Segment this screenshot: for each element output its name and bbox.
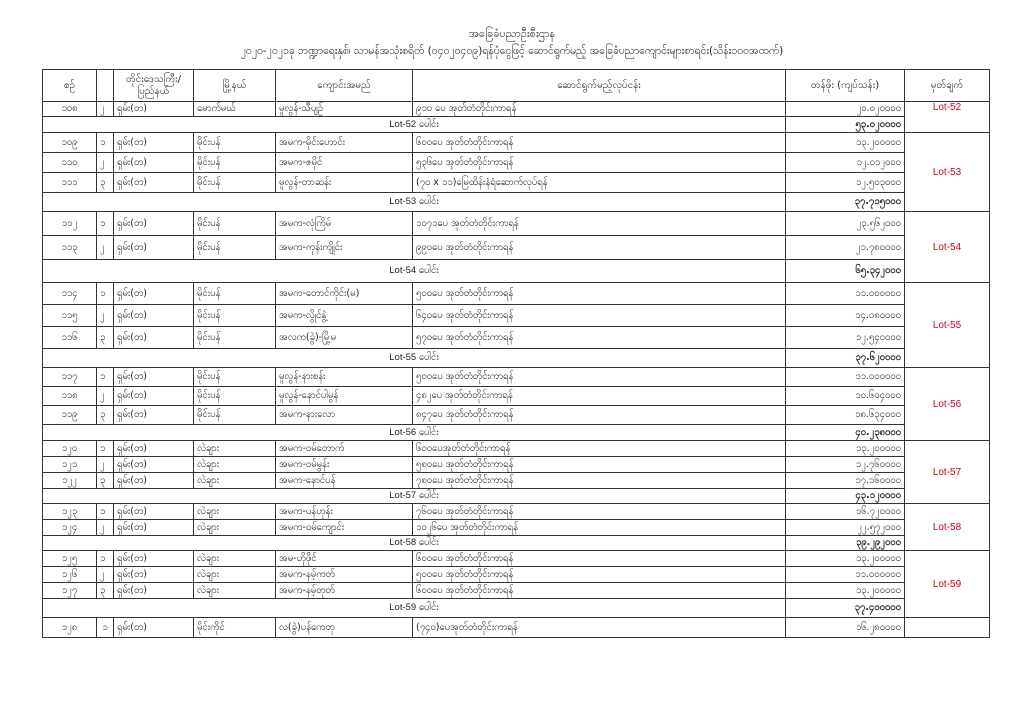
row-work: ၅၀၀ပေ အုတ်တံတိုင်းကာရန် bbox=[413, 368, 786, 387]
table-row: ၁၀၉၁ရှမ်း(တ)မိုင်းပန်အမက-မိုင်းဟောင်း၆၀၀… bbox=[43, 133, 990, 153]
lot-total-label: Lot-59 ပေါင်း bbox=[43, 599, 786, 618]
row-township: မိုင်းပန် bbox=[194, 406, 276, 425]
table-row: ၁၂၇၃ရှမ်း(တ)လဲချားအမက-နမ့်တုတ်၆၀၀ပေ အုတ်… bbox=[43, 583, 990, 599]
lot-total-label: Lot-58 ပေါင်း bbox=[43, 536, 786, 551]
row-work: ၁၀၇၁ပေ အုတ်တံတိုင်းကာရန် bbox=[413, 212, 786, 236]
row-work: ၇၆၀ပေ အုတ်တံတိုင်းကာရန် bbox=[413, 504, 786, 520]
row-no: ၁၁၀ bbox=[43, 153, 97, 173]
row-region: ရှမ်း(တ) bbox=[114, 618, 194, 638]
table-row: ၁၀၈၂ရှမ်း(တ)မောက်မယ်မူလွန်-သီပျဉ်၉၁၀ ပေ … bbox=[43, 102, 990, 117]
lot-total-label: Lot-54 ပေါင်း bbox=[43, 260, 786, 283]
row-work: ၅၈၀ပေ အုတ်တံတိုင်းကာရန် bbox=[413, 457, 786, 473]
row-no: ၁၂၃ bbox=[43, 504, 97, 520]
table-row: ၁၂၆၂ရှမ်း(တ)လဲချားအမက-နမ့်ကတ်၅၀၀ပေ အုတ်တ… bbox=[43, 567, 990, 583]
table-row: ၁၂၃၁ရှမ်း(တ)လဲချားအမက-ပန်ဟုန်း၇၆၀ပေ အုတ်… bbox=[43, 504, 990, 520]
lot-total-value: ၅၃.၀၂၀၀၀၀ bbox=[786, 117, 905, 133]
lot-total-row: Lot-56 ပေါင်း၄၀.၂၃၈၀၀၀ bbox=[43, 425, 990, 441]
lot-total-value: ၄၀.၂၃၈၀၀၀ bbox=[786, 425, 905, 441]
table-row: ၁၁၆၃ရှမ်း(တ)မိုင်းပန်အလက(ခွဲ)-မြို့မ၅၇၀ပ… bbox=[43, 327, 990, 349]
lot-total-value: ၃၇.၆၂၀၀၀၀ bbox=[786, 349, 905, 368]
row-no: ၁၁၆ bbox=[43, 327, 97, 349]
lot-total-row: Lot-53 ပေါင်း၃၇.၇၁၅၀၀၀ bbox=[43, 193, 990, 212]
row-no: ၁၁၅ bbox=[43, 305, 97, 327]
row-school: အမက-လုံကြိမ် bbox=[276, 212, 413, 236]
row-no: ၁၁၉ bbox=[43, 406, 97, 425]
row-township: မိုင်းကိုင် bbox=[194, 618, 276, 638]
row-region: ရှမ်း(တ) bbox=[114, 368, 194, 387]
lot-total-label: Lot-53 ပေါင်း bbox=[43, 193, 786, 212]
row-township: မောက်မယ် bbox=[194, 102, 276, 117]
row-work: ၆၄၀ပေ အုတ်တံတိုင်းကာရန် bbox=[413, 305, 786, 327]
row-sub-no: ၂ bbox=[97, 236, 114, 260]
lot-remark: Lot-57 bbox=[905, 441, 990, 504]
table-row: ၁၂၅၁ရှမ်း(တ)လဲချားအမ-ဟိုဖိုင်၆၀၀ပေ အုတ်တ… bbox=[43, 551, 990, 567]
row-township: မိုင်းပန် bbox=[194, 305, 276, 327]
row-cost: ၁၇.၁၆၀၀၀၀ bbox=[786, 473, 905, 489]
lot-remark: Lot-53 bbox=[905, 133, 990, 212]
row-cost: ၁၂.၀၁၂၀၀၀ bbox=[786, 153, 905, 173]
row-school: အမက-ပန်ဟုန်း bbox=[276, 504, 413, 520]
row-region: ရှမ်း(တ) bbox=[114, 387, 194, 406]
row-sub-no: ၂ bbox=[97, 153, 114, 173]
row-township: မိုင်းပန် bbox=[194, 327, 276, 349]
row-no: ၁၂၅ bbox=[43, 551, 97, 567]
row-region: ရှမ်း(တ) bbox=[114, 305, 194, 327]
row-school: မူလွန်-နောင်ပါမွန် bbox=[276, 387, 413, 406]
header-work: ဆောင်ရွက်မည့်လုပ်ငန်း bbox=[413, 70, 786, 102]
row-cost: ၁၁.၀၀၀၀၀၀ bbox=[786, 567, 905, 583]
row-no: ၁၁၂ bbox=[43, 212, 97, 236]
header-region: တိုင်းဒေသကြီး/ ပြည်နယ် bbox=[114, 70, 194, 102]
row-township: မိုင်းပန် bbox=[194, 153, 276, 173]
row-cost: ၁၃.၂၀၀၀၀၀ bbox=[786, 441, 905, 457]
table-row: ၁၁၁၃ရှမ်း(တ)မိုင်းပန်မူလွန်-တာဆန်း(၇၀ x … bbox=[43, 173, 990, 193]
row-region: ရှမ်း(တ) bbox=[114, 153, 194, 173]
row-work: ၆၀၀ပေ အုတ်တံတိုင်းကာရန် bbox=[413, 551, 786, 567]
row-township: လဲချား bbox=[194, 457, 276, 473]
row-sub-no: ၃ bbox=[97, 327, 114, 349]
lot-total-value: ၃၇.၇၁၅၀၀၀ bbox=[786, 193, 905, 212]
row-no: ၁၂၂ bbox=[43, 473, 97, 489]
row-school: အမက-နားလော bbox=[276, 406, 413, 425]
row-region: ရှမ်း(တ) bbox=[114, 551, 194, 567]
lot-total-label: Lot-56 ပေါင်း bbox=[43, 425, 786, 441]
header-sub bbox=[97, 70, 114, 102]
table-row: ၁၁၈၂ရှမ်း(တ)မိုင်းပန်မူလွန်-နောင်ပါမွန်၄… bbox=[43, 387, 990, 406]
row-sub-no: ၂ bbox=[97, 102, 114, 117]
row-township: မိုင်းပန် bbox=[194, 133, 276, 153]
row-work: (၇၀ x ၁၁)မြေထိန်းနံရံဆောက်လုပ်ရန် bbox=[413, 173, 786, 193]
row-township: မိုင်းပန် bbox=[194, 368, 276, 387]
row-no: ၁၁၇ bbox=[43, 368, 97, 387]
row-sub-no: ၂ bbox=[97, 457, 114, 473]
document-title: အခြေခံပညာဦးစီးဌာန bbox=[0, 27, 1024, 43]
table-row: ၁၁၇၁ရှမ်း(တ)မိုင်းပန်မူလွန်-နားစန်း၅၀၀ပေ… bbox=[43, 368, 990, 387]
row-cost: ၁၃.၂၀၀၀၀၀ bbox=[786, 133, 905, 153]
lot-remark: Lot-56 bbox=[905, 368, 990, 441]
schools-table: စဉ် တိုင်းဒေသကြီး/ ပြည်နယ် မြို့နယ် ကျော… bbox=[42, 69, 990, 638]
row-sub-no: ၂ bbox=[97, 520, 114, 536]
table-row: ၁၂၂၃ရှမ်း(တ)လဲချားအမက-နောင်ပန်၇၈၀ပေ အုတ်… bbox=[43, 473, 990, 489]
row-work: ၆၀၀ပေ အုတ်တံတိုင်းကာရန် bbox=[413, 133, 786, 153]
row-township: လဲချား bbox=[194, 551, 276, 567]
row-work: ၄၈၂ပေ အုတ်တံတိုင်းကာရန် bbox=[413, 387, 786, 406]
row-school: မူလွန်-တာဆန်း bbox=[276, 173, 413, 193]
row-township: လဲချား bbox=[194, 567, 276, 583]
row-region: ရှမ်း(တ) bbox=[114, 567, 194, 583]
row-school: မူလွန်-နားစန်း bbox=[276, 368, 413, 387]
lot-total-row: Lot-52 ပေါင်း၅၃.၀၂၀၀၀၀ bbox=[43, 117, 990, 133]
header-cost: တန်ဖိုး (ကျပ်သန်း) bbox=[786, 70, 905, 102]
row-no: ၁၂၇ bbox=[43, 583, 97, 599]
row-sub-no: ၁ bbox=[97, 212, 114, 236]
row-cost: ၁၈.၆၃၄၀၀၀ bbox=[786, 406, 905, 425]
row-township: လဲချား bbox=[194, 583, 276, 599]
row-no: ၁၀၉ bbox=[43, 133, 97, 153]
row-sub-no: ၂ bbox=[97, 567, 114, 583]
row-school: အမ-ဟိုဖိုင် bbox=[276, 551, 413, 567]
row-sub-no: ၁ bbox=[97, 504, 114, 520]
row-no: ၁၁၁ bbox=[43, 173, 97, 193]
row-cost: ၂၀.၀၂၀၀၀၀ bbox=[786, 102, 905, 117]
row-region: ရှမ်း(တ) bbox=[114, 236, 194, 260]
row-no: ၁၂၈ bbox=[43, 618, 97, 638]
lot-remark: Lot-59 bbox=[905, 551, 990, 618]
header-school: ကျောင်းအမည် bbox=[276, 70, 413, 102]
lot-total-value: ၃၇.၄၀၀၀၀၀ bbox=[786, 599, 905, 618]
row-remark bbox=[905, 618, 990, 638]
row-school: အမက-နမ့်ကတ် bbox=[276, 567, 413, 583]
row-region: ရှမ်း(တ) bbox=[114, 212, 194, 236]
row-region: ရှမ်း(တ) bbox=[114, 473, 194, 489]
row-cost: ၁၂.၅၀၃၀၀၀ bbox=[786, 173, 905, 193]
lot-remark: Lot-52 bbox=[905, 102, 990, 133]
header-township: မြို့နယ် bbox=[194, 70, 276, 102]
row-region: ရှမ်း(တ) bbox=[114, 520, 194, 536]
row-sub-no: ၁ bbox=[97, 368, 114, 387]
row-work: (၇၄၀)ပေအုတ်တံတိုင်းကာရန် bbox=[413, 618, 786, 638]
lot-remark: Lot-54 bbox=[905, 212, 990, 283]
lot-total-label: Lot-55 ပေါင်း bbox=[43, 349, 786, 368]
row-work: ၆၀၀ပေ အုတ်တံတိုင်းကာရန် bbox=[413, 583, 786, 599]
lot-total-row: Lot-55 ပေါင်း၃၇.၆၂၀၀၀၀ bbox=[43, 349, 990, 368]
row-school: အမက-ဝမ်ကျောင်း bbox=[276, 520, 413, 536]
row-region: ရှမ်း(တ) bbox=[114, 102, 194, 117]
table-row: ၁၂၄၂ရှမ်း(တ)လဲချားအမက-ဝမ်ကျောင်း၁၀၂၆ပေ အ… bbox=[43, 520, 990, 536]
row-region: ရှမ်း(တ) bbox=[114, 283, 194, 305]
document-subtitle: ၂၀၂၀-၂၀၂၁ခု ဘဏ္ဍာရေးနှစ်၊ သာမန်အသုံးစရိတ… bbox=[0, 45, 1024, 60]
row-cost: ၁၄.၀၈၀၀၀၀ bbox=[786, 305, 905, 327]
header-row: စဉ် တိုင်းဒေသကြီး/ ပြည်နယ် မြို့နယ် ကျော… bbox=[43, 70, 990, 102]
row-school: အလက(ခွဲ)-မြို့မ bbox=[276, 327, 413, 349]
header-no: စဉ် bbox=[43, 70, 97, 102]
row-cost: ၂၁.၇၈၀၀၀၀ bbox=[786, 236, 905, 260]
row-no: ၁၂၄ bbox=[43, 520, 97, 536]
row-cost: ၁၃.၂၀၀၀၀၀ bbox=[786, 583, 905, 599]
row-no: ၁၁၈ bbox=[43, 387, 97, 406]
row-township: မိုင်းပန် bbox=[194, 173, 276, 193]
row-work: ၅၃၆ပေ အုတ်တံတိုင်းကာရန် bbox=[413, 153, 786, 173]
row-school: အမက-တောင်ကိုင်း(မ) bbox=[276, 283, 413, 305]
row-school: အမက-ဝမ်မွန်း bbox=[276, 457, 413, 473]
row-school: အမက-နောင်ပန် bbox=[276, 473, 413, 489]
row-township: လဲချား bbox=[194, 473, 276, 489]
row-sub-no: ၁ bbox=[97, 133, 114, 153]
table-row: ၁၁၃၂ရှမ်း(တ)မိုင်းပန်အမက-ကုန်းကျိုင်း၉၉၀… bbox=[43, 236, 990, 260]
row-work: ၁၀၂၆ပေ အုတ်တံတိုင်းကာရန် bbox=[413, 520, 786, 536]
row-no: ၁၂၆ bbox=[43, 567, 97, 583]
row-region: ရှမ်း(တ) bbox=[114, 441, 194, 457]
row-work: ၅၀၀ပေ အုတ်တံတိုင်းကာရန် bbox=[413, 567, 786, 583]
row-no: ၁၁၄ bbox=[43, 283, 97, 305]
row-school: အမက-ဝမ်တောက် bbox=[276, 441, 413, 457]
row-sub-no: ၂ bbox=[97, 305, 114, 327]
row-cost: ၁၂.၇၆၀၀၀၀ bbox=[786, 457, 905, 473]
lot-total-label: Lot-57 ပေါင်း bbox=[43, 489, 786, 504]
row-work: ၉၉၀ပေ အုတ်တံတိုင်းကာရန် bbox=[413, 236, 786, 260]
row-school: အမက-မိုင်းဟောင်း bbox=[276, 133, 413, 153]
row-region: ရှမ်း(တ) bbox=[114, 327, 194, 349]
row-no: ၁၁၃ bbox=[43, 236, 97, 260]
row-cost: ၁၁.၀၀၀၀၀၀ bbox=[786, 368, 905, 387]
row-sub-no: ၁ bbox=[97, 283, 114, 305]
row-sub-no: ၃ bbox=[97, 173, 114, 193]
row-township: လဲချား bbox=[194, 520, 276, 536]
row-cost: ၁၀.၆၀၄၀၀၀ bbox=[786, 387, 905, 406]
table-row: ၁၂၁၂ရှမ်း(တ)လဲချားအမက-ဝမ်မွန်း၅၈၀ပေ အုတ်… bbox=[43, 457, 990, 473]
row-township: မိုင်းပန် bbox=[194, 236, 276, 260]
row-region: ရှမ်း(တ) bbox=[114, 406, 194, 425]
lot-total-row: Lot-59 ပေါင်း၃၇.၄၀၀၀၀၀ bbox=[43, 599, 990, 618]
row-region: ရှမ်း(တ) bbox=[114, 583, 194, 599]
header-remark: မှတ်ချက် bbox=[905, 70, 990, 102]
lot-total-value: ၃၉.၂၉၂၀၀၀ bbox=[786, 536, 905, 551]
row-sub-no: ၂ bbox=[97, 387, 114, 406]
row-work: ၅၀၀ပေ အုတ်တံတိုင်းကာရန် bbox=[413, 283, 786, 305]
row-school: မူလွန်-သီပျဉ် bbox=[276, 102, 413, 117]
lot-total-value: ၆၅.၃၄၂၀၀၀ bbox=[786, 260, 905, 283]
row-sub-no: ၃ bbox=[97, 473, 114, 489]
row-work: ၉၁၀ ပေ အုတ်တံတိုင်းကာရန် bbox=[413, 102, 786, 117]
table-row: ၁၁၉၃ရှမ်း(တ)မိုင်းပန်အမက-နားလော၈၄၇ပေ အုတ… bbox=[43, 406, 990, 425]
row-region: ရှမ်း(တ) bbox=[114, 173, 194, 193]
row-sub-no: ၁ bbox=[97, 618, 114, 638]
row-school: အမက-နမ့်တုတ် bbox=[276, 583, 413, 599]
lot-remark: Lot-58 bbox=[905, 504, 990, 551]
row-township: လဲချား bbox=[194, 504, 276, 520]
row-sub-no: ၁ bbox=[97, 551, 114, 567]
row-cost: ၂၂.၅၇၂၀၀၀ bbox=[786, 520, 905, 536]
lot-total-row: Lot-57 ပေါင်း၄၃.၁၂၀၀၀၀ bbox=[43, 489, 990, 504]
row-work: ၅၇၀ပေ အုတ်တံတိုင်းကာရန် bbox=[413, 327, 786, 349]
row-cost: ၁၆.၂၈၀၀၀၀ bbox=[786, 618, 905, 638]
row-no: ၁၀၈ bbox=[43, 102, 97, 117]
row-no: ၁၂၀ bbox=[43, 441, 97, 457]
row-township: မိုင်းပန် bbox=[194, 283, 276, 305]
table-row: ၁၁၄၁ရှမ်း(တ)မိုင်းပန်အမက-တောင်ကိုင်း(မ)၅… bbox=[43, 283, 990, 305]
row-school: အမက-ကုန်းကျိုင်း bbox=[276, 236, 413, 260]
row-region: ရှမ်း(တ) bbox=[114, 133, 194, 153]
row-township: မိုင်းပန် bbox=[194, 387, 276, 406]
row-school: အမက-လွိုင်နွဲ့ bbox=[276, 305, 413, 327]
table-row: ၁၁၂၁ရှမ်း(တ)မိုင်းပန်အမက-လုံကြိမ်၁၀၇၁ပေ … bbox=[43, 212, 990, 236]
row-work: ၈၄၇ပေ အုတ်တံတိုင်းကာရန် bbox=[413, 406, 786, 425]
row-school: လ(ခွဲ)ပန်ကေတု bbox=[276, 618, 413, 638]
row-cost: ၁၃.၂၀၀၀၀၀ bbox=[786, 551, 905, 567]
table-row: ၁၁၅၂ရှမ်း(တ)မိုင်းပန်အမက-လွိုင်နွဲ့၆၄၀ပေ… bbox=[43, 305, 990, 327]
row-region: ရှမ်း(တ) bbox=[114, 457, 194, 473]
row-sub-no: ၃ bbox=[97, 583, 114, 599]
row-sub-no: ၁ bbox=[97, 441, 114, 457]
row-work: ၆၀၀ပေအုတ်တံတိုင်းကာရန် bbox=[413, 441, 786, 457]
lot-remark: Lot-55 bbox=[905, 283, 990, 368]
row-cost: ၁၁.၀၀၀၀၀၀ bbox=[786, 283, 905, 305]
lot-total-row: Lot-58 ပေါင်း၃၉.၂၉၂၀၀၀ bbox=[43, 536, 990, 551]
row-township: လဲချား bbox=[194, 441, 276, 457]
row-cost: ၁၂.၅၄၀၀၀၀ bbox=[786, 327, 905, 349]
lot-total-row: Lot-54 ပေါင်း၆၅.၃၄၂၀၀၀ bbox=[43, 260, 990, 283]
row-no: ၁၂၁ bbox=[43, 457, 97, 473]
table-row: ၁၂၀၁ရှမ်း(တ)လဲချားအမက-ဝမ်တောက်၆၀၀ပေအုတ်တ… bbox=[43, 441, 990, 457]
row-work: ၇၈၀ပေ အုတ်တံတိုင်းကာရန် bbox=[413, 473, 786, 489]
table-row: ၁၂၈၁ရှမ်း(တ)မိုင်းကိုင်လ(ခွဲ)ပန်ကေတု(၇၄၀… bbox=[43, 618, 990, 638]
row-township: မိုင်းပန် bbox=[194, 212, 276, 236]
row-school: အမက-ဇမိုင် bbox=[276, 153, 413, 173]
row-cost: ၂၃.၅၆၂၀၀၀ bbox=[786, 212, 905, 236]
row-sub-no: ၃ bbox=[97, 406, 114, 425]
lot-total-label: Lot-52 ပေါင်း bbox=[43, 117, 786, 133]
table-row: ၁၁၀၂ရှမ်း(တ)မိုင်းပန်အမက-ဇမိုင်၅၃၆ပေ အုတ… bbox=[43, 153, 990, 173]
row-region: ရှမ်း(တ) bbox=[114, 504, 194, 520]
lot-total-value: ၄၃.၁၂၀၀၀၀ bbox=[786, 489, 905, 504]
row-cost: ၁၆.၇၂၀၀၀၀ bbox=[786, 504, 905, 520]
